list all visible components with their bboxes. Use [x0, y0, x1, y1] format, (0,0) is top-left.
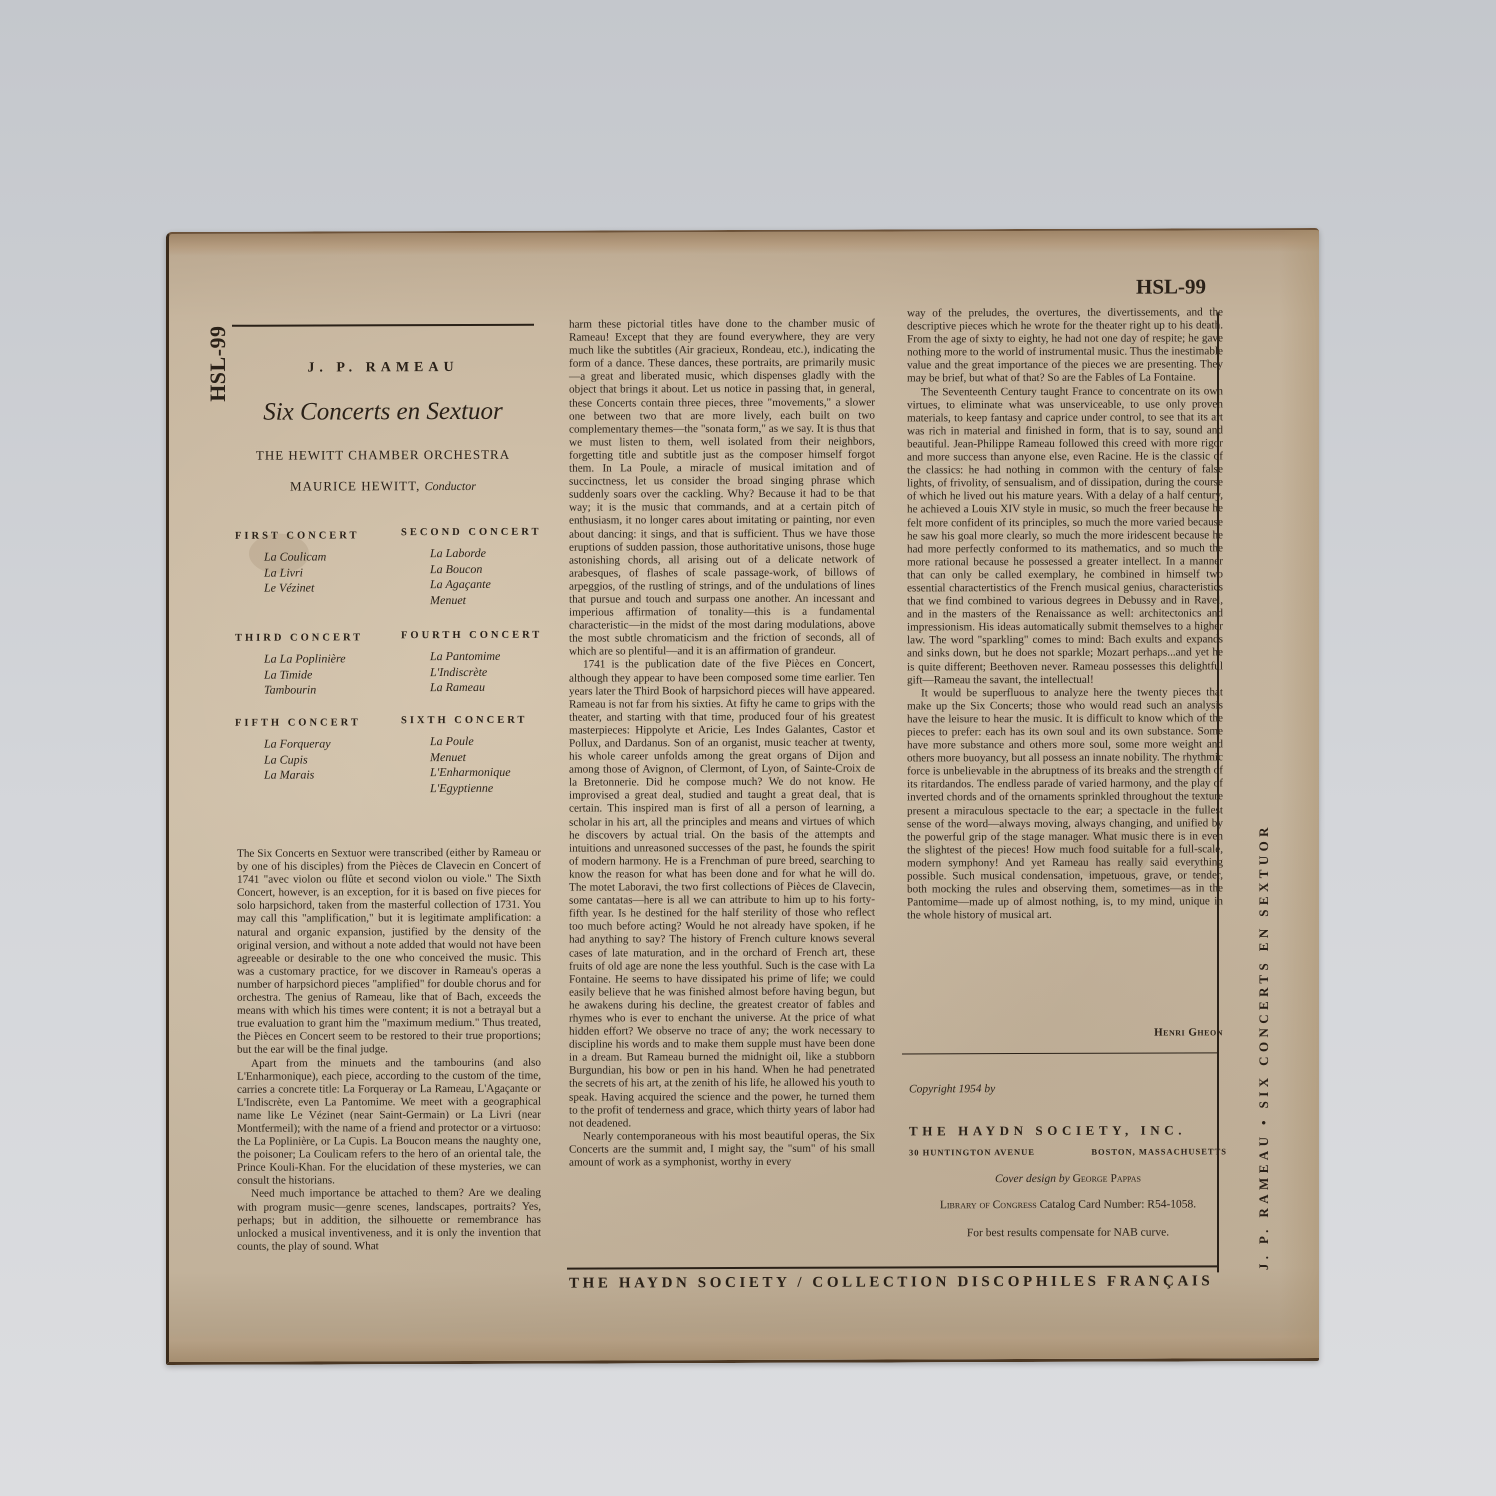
piece: La Marais	[235, 767, 385, 783]
paragraph: way of the preludes, the overtures, the …	[907, 306, 1223, 386]
paragraph: Nearly contemporaneous with his most bea…	[569, 1129, 875, 1169]
piece: Tambourin	[235, 682, 385, 698]
concert-6: SIXTH CONCERT La Poule Menuet L'Enharmon…	[401, 715, 551, 797]
paragraph: The Six Concerts en Sextuor were transcr…	[237, 847, 541, 1058]
paragraph: Need much importance be attached to them…	[237, 1187, 541, 1254]
concert-heading: FIFTH CONCERT	[235, 717, 385, 729]
piece: La Timide	[235, 667, 385, 683]
work-title: Six Concerts en Sextuor	[232, 398, 534, 427]
piece: La Forqueray	[235, 736, 385, 752]
piece: La Agaçante	[401, 577, 551, 593]
piece: L'Egyptienne	[401, 780, 551, 796]
composer: J. P. RAMEAU	[232, 360, 534, 377]
piece: Le Vézinet	[235, 580, 385, 596]
library-of-congress: Library of Congress Catalog Card Number:…	[909, 1198, 1227, 1211]
concert-heading: SECOND CONCERT	[401, 527, 551, 539]
divider	[567, 1265, 1218, 1269]
piece: La Laborde	[401, 546, 551, 562]
divider	[902, 1052, 1218, 1054]
concert-5: FIFTH CONCERT La Forqueray La Cupis La M…	[235, 717, 385, 783]
cover-design-credit: Cover design by George Pappas	[909, 1172, 1227, 1185]
concert-heading: FOURTH CONCERT	[401, 630, 551, 642]
conductor-name: MAURICE HEWITT,	[290, 478, 420, 493]
conductor-role: Conductor	[425, 479, 476, 493]
conductor: MAURICE HEWITT, Conductor	[232, 478, 534, 495]
piece: La Coulicam	[235, 549, 385, 565]
piece: La Cupis	[235, 752, 385, 768]
liner-notes-column-3: way of the preludes, the overtures, the …	[907, 306, 1223, 923]
piece: L'Enharmonique	[401, 765, 551, 781]
liner-notes-column-1: The Six Concerts en Sextuor were transcr…	[237, 847, 541, 1254]
piece: La Livri	[235, 565, 385, 581]
nab-note: For best results compensate for NAB curv…	[909, 1226, 1227, 1239]
worn-right-edge	[1279, 230, 1319, 1358]
record-jacket-back: HSL-99 HSL-99 J. P. RAMEAU Six Concerts …	[166, 228, 1319, 1365]
address-city: BOSTON, MASSACHUSETTS	[1091, 1146, 1227, 1156]
concert-4: FOURTH CONCERT La Pantomime L'Indiscrète…	[401, 630, 551, 696]
catalog-number-vertical: HSL-99	[205, 325, 231, 401]
concert-heading: SIXTH CONCERT	[401, 715, 551, 727]
publisher-address: 30 HUNTINGTON AVENUE BOSTON, MASSACHUSET…	[909, 1146, 1227, 1157]
loc-label: Library of Congress	[940, 1199, 1037, 1211]
paragraph: The Seventeenth Century taught France to…	[907, 385, 1223, 687]
concert-program: FIRST CONCERT La Coulicam La Livri Le Vé…	[235, 530, 545, 531]
concert-3: THIRD CONCERT La La Poplinière La Timide…	[235, 632, 385, 698]
catalog-number: HSL-99	[1136, 274, 1206, 299]
spine-title: J. P. RAMEAU • SIX CONCERTS EN SEXTUOR	[1256, 823, 1272, 1270]
piece: Menuet	[401, 749, 551, 765]
divider	[232, 324, 534, 327]
publisher: THE HAYDN SOCIETY, INC.	[909, 1122, 1227, 1139]
paragraph: Apart from the minuets and the tambourin…	[237, 1056, 541, 1188]
series-footer: THE HAYDN SOCIETY / COLLECTION DISCOPHIL…	[569, 1273, 1249, 1292]
piece: La Poule	[401, 734, 551, 750]
piece: La Rameau	[401, 680, 551, 696]
paragraph: harm these pictorial titles have done to…	[569, 318, 875, 660]
cover-design-label: Cover design by	[995, 1173, 1070, 1185]
concert-1: FIRST CONCERT La Coulicam La Livri Le Vé…	[235, 530, 385, 596]
concert-heading: FIRST CONCERT	[235, 530, 385, 542]
cover-designer: George Pappas	[1073, 1173, 1141, 1185]
copyright: Copyright 1954 by	[909, 1083, 995, 1095]
piece: L'Indiscrète	[401, 664, 551, 680]
concert-2: SECOND CONCERT La Laborde La Boucon La A…	[401, 527, 551, 609]
piece: La Boucon	[401, 561, 551, 577]
orchestra: THE HEWITT CHAMBER ORCHESTRA	[232, 447, 534, 464]
author-signature: Henri Gheon	[907, 1026, 1223, 1039]
piece: La La Poplinière	[235, 651, 385, 667]
address-street: 30 HUNTINGTON AVENUE	[909, 1147, 1035, 1157]
piece: La Pantomime	[401, 649, 551, 665]
concert-heading: THIRD CONCERT	[235, 632, 385, 644]
liner-notes-column-2: harm these pictorial titles have done to…	[569, 318, 875, 1170]
piece: Menuet	[401, 592, 551, 608]
worn-bottom-edge	[169, 1328, 1319, 1362]
worn-top-edge	[169, 230, 1319, 256]
loc-text: Catalog Card Number: R54-1058.	[1040, 1198, 1197, 1211]
paragraph: 1741 is the publication date of the five…	[569, 658, 875, 1130]
paragraph: It would be superfluous to analyze here …	[907, 686, 1223, 923]
